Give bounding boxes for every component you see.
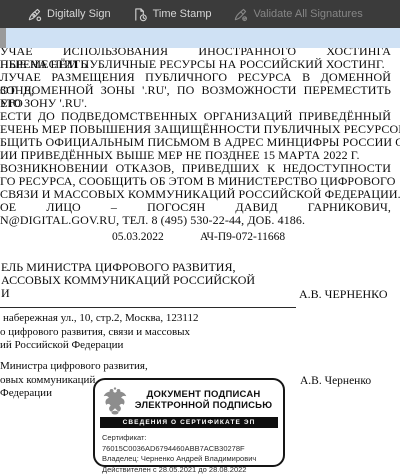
text-selection-highlight bbox=[6, 28, 400, 48]
time-stamp-button[interactable]: Time Stamp bbox=[133, 7, 212, 22]
time-stamp-label: Time Stamp bbox=[153, 8, 212, 20]
signer-name-upper: А.В. ЧЕРНЕНКО bbox=[299, 287, 388, 302]
stamp-title: ДОКУМЕНТ ПОДПИСАН ЭЛЕКТРОННОЙ ПОДПИСЬЮ bbox=[131, 389, 276, 411]
signature-toolbar: Digitally Sign Time Stamp bbox=[0, 0, 400, 28]
body-line: N@DIGITAL.GOV.RU, ТЕЛ. 8 (495) 530-22-44… bbox=[0, 214, 391, 227]
stamp-title-line1: ДОКУМЕНТ ПОДПИСАН bbox=[131, 389, 276, 400]
footer-divider bbox=[0, 307, 296, 308]
footer-line: Федерации bbox=[0, 387, 52, 400]
validate-all-signatures-button[interactable]: Validate All Signatures bbox=[233, 7, 362, 22]
stamp-certificate-number: Сертификат: 76015C0036AD6794460ABB7ACB30… bbox=[102, 433, 283, 454]
footer-address: набережная ул., 10, стр.2, Москва, 12311… bbox=[3, 312, 199, 325]
validate-all-signatures-label: Validate All Signatures bbox=[253, 8, 362, 20]
document-body: УЧАЕ ИСПОЛЬЗОВАНИЯ ИНОСТРАННОГО ХОСТИНГА… bbox=[0, 45, 391, 227]
stamp-certificate-info: Сертификат: 76015C0036AD6794460ABB7ACB30… bbox=[102, 433, 283, 474]
document-clock-icon bbox=[133, 7, 148, 22]
document-date: 05.03.2022 bbox=[112, 231, 164, 243]
signer-title-line: И bbox=[1, 287, 10, 300]
signer-title-line: АССОВЫХ КОММУНИКАЦИЙ РОССИЙСКОЙ bbox=[1, 274, 255, 287]
stamp-owner: Владелец: Черненко Андрей Владимирович bbox=[102, 454, 283, 465]
stamp-certificate-bar: СВЕДЕНИЯ О СЕРТИФИКАТЕ ЭП bbox=[100, 417, 278, 428]
document-number: АЧ-П9-072-11668 bbox=[200, 231, 285, 243]
footer-line: овых коммуникаций bbox=[0, 374, 95, 387]
footer-line: Министра цифрового развития, bbox=[0, 360, 148, 373]
digitally-sign-label: Digitally Sign bbox=[47, 8, 111, 20]
coat-of-arms-icon bbox=[102, 385, 128, 416]
digital-signature-stamp[interactable]: ДОКУМЕНТ ПОДПИСАН ЭЛЕКТРОННОЙ ПОДПИСЬЮ С… bbox=[93, 378, 285, 467]
footer-line: о цифрового развития, связи и массовых bbox=[0, 326, 190, 339]
stamp-validity: Действителен с 28.05.2021 до 28.08.2022 bbox=[102, 465, 283, 474]
pen-validate-icon bbox=[233, 7, 248, 22]
digitally-sign-button[interactable]: Digitally Sign bbox=[27, 7, 111, 22]
stamp-title-line2: ЭЛЕКТРОННОЙ ПОДПИСЬЮ bbox=[131, 400, 276, 411]
pdf-viewer-window: Digitally Sign Time Stamp bbox=[0, 0, 400, 474]
footer-line: ий Российской Федерации bbox=[0, 339, 123, 352]
signer-name-lower: А.В. Черненко bbox=[300, 375, 371, 387]
pen-sign-icon bbox=[27, 7, 42, 22]
